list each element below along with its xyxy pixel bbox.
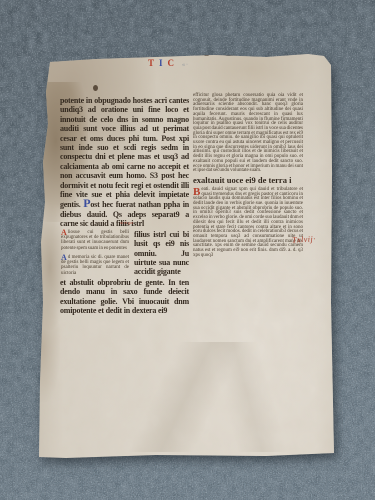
gloss-block: Aliosue cui gestis belli expugnatores et… [60, 230, 129, 251]
manuscript-leaf: T I C «· potente in obpugnado hostes acr… [36, 52, 336, 462]
main-text-a: potente in obpugnado hostes acri cantes … [60, 96, 189, 209]
running-title-letter: C [168, 58, 176, 68]
edge-chip [264, 52, 271, 55]
edge-chip [224, 52, 235, 56]
red-initial: B [193, 188, 200, 196]
photo-of-manuscript-leaf-on-carpet: T I C «· potente in obpugnado hostes acr… [0, 0, 375, 500]
running-title: T I C «· [148, 58, 189, 68]
gloss-lower-text: eati. dauid signat xpm qui dauid et trib… [193, 187, 303, 258]
gloss-column-lower: Beati. dauid signat xpm qui dauid et tri… [193, 188, 303, 259]
edge-chip [176, 52, 185, 56]
main-text-upper: potente in obpugnado hostes acri cantes … [60, 96, 189, 229]
marginal-gloss-blocks: Aliosue cui gestis belli expugnatores et… [60, 230, 129, 277]
gloss-column-upper: efficitur glosa phetaru couersatio quia … [193, 94, 303, 174]
main-text-narrow: filius istrl cui bi lusit qs ei9 nis omn… [134, 230, 189, 277]
running-title-letter: T [148, 58, 155, 68]
right-gloss-column: efficitur glosa phetaru couersatio quia … [193, 94, 303, 259]
left-text-column: potente in obpugnado hostes acri cantes … [60, 96, 189, 315]
gloss-block: Ad memoria sic di. quare manet de gestis… [60, 255, 129, 276]
gloss-inset-row: Aliosue cui gestis belli expugnatores et… [60, 230, 189, 277]
red-margin-note: Txlvij· [292, 234, 316, 244]
edge-chip [242, 53, 248, 56]
gloss-text: liosue cui gestis belli expugnatores et … [61, 230, 129, 251]
leaf-shadow-wrapper: T I C «· potente in obpugnado hostes acr… [0, 0, 375, 500]
red-interlinear-gloss: ui et gra [120, 220, 133, 225]
running-title-letter: I [159, 58, 164, 68]
main-text-lower: et abstulit obprobriu de gente. In ten d… [60, 278, 189, 316]
gloss-initial: A [61, 230, 67, 235]
large-script-line: exaltauit uoce ei9 de terra i [193, 175, 303, 186]
gloss-text: d memoria sic di. quare manet de gestis … [61, 255, 129, 276]
edge-chip [204, 53, 209, 56]
pencil-mark: «· [182, 62, 189, 68]
gloss-initial: A [61, 255, 67, 260]
